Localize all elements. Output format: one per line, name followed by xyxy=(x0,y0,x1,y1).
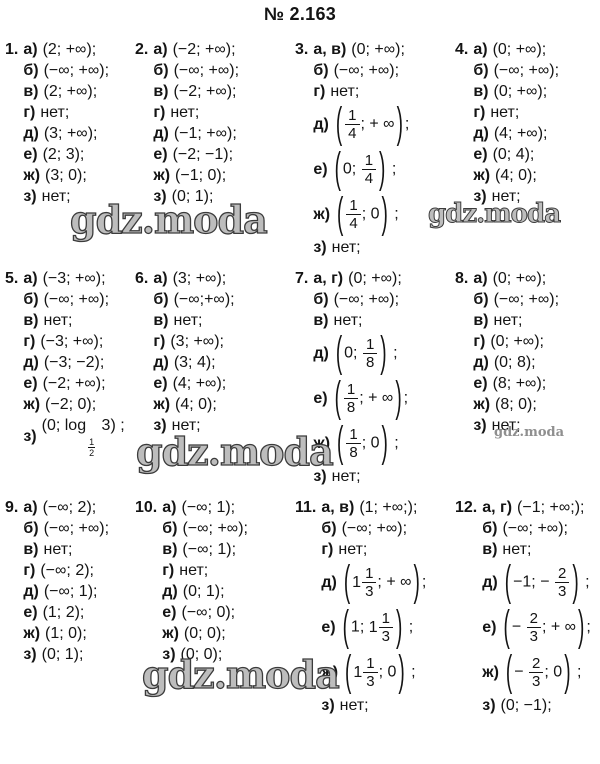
item-value: (18; 0) ; xyxy=(335,426,399,461)
item-value: (−∞; +∞); xyxy=(334,289,400,310)
answer-item: д)(4; +∞); xyxy=(473,123,559,144)
item-value: (14; + ∞); xyxy=(334,107,410,142)
math-text: (3; +∞); xyxy=(170,333,224,350)
item-value: (0; 8); xyxy=(494,352,536,373)
item-label: в) xyxy=(473,310,488,331)
answer-item: ж)(1; 0); xyxy=(23,623,109,644)
math-text: ; xyxy=(581,574,590,591)
item-label: б) xyxy=(153,60,168,81)
answer-item: а, г)(−1; +∞;); xyxy=(482,497,591,518)
item-value: (−∞;+∞); xyxy=(174,289,235,310)
big-paren-close: ) xyxy=(397,101,403,148)
denominator: 3 xyxy=(555,583,569,600)
numerator: 1 xyxy=(345,107,359,125)
item-value: нет; xyxy=(332,466,361,487)
denominator: 8 xyxy=(363,354,377,371)
answer-item: е)(1; 2); xyxy=(23,602,109,623)
item-label: б) xyxy=(153,289,168,310)
big-paren-open: ( xyxy=(345,649,351,696)
item-value: (−∞; +∞); xyxy=(334,60,400,81)
math-text: ; + ∞ xyxy=(359,390,393,407)
math-text: ; 0 xyxy=(544,664,562,681)
math-text: (−2; +∞); xyxy=(173,41,236,58)
math-text: ; xyxy=(407,664,416,681)
math-text: (0; 4); xyxy=(493,146,535,163)
big-paren-close: ) xyxy=(398,649,404,696)
math-text: (0; −1); xyxy=(501,697,552,714)
math-text: −1; − xyxy=(513,574,554,591)
answer-item: з)(0; 0); xyxy=(162,644,248,665)
item-value: (−∞; 2); xyxy=(40,560,94,581)
math-text: (−3; +∞); xyxy=(43,270,106,287)
item-label: г) xyxy=(473,102,485,123)
math-text: (−∞; +∞); xyxy=(494,62,560,79)
item-label: ж) xyxy=(313,433,330,454)
math-text: нет; xyxy=(332,468,361,485)
answer-item: г)(−∞; 2); xyxy=(23,560,109,581)
item-value: нет; xyxy=(44,310,73,331)
item-label: а) xyxy=(473,39,487,60)
problem-number: 2. xyxy=(135,39,148,60)
item-label: а, в) xyxy=(321,497,354,518)
item-value: (2; 3); xyxy=(43,144,85,165)
item-label: г) xyxy=(313,81,325,102)
answer-items: а, г)(−1; +∞;);б)(−∞; +∞);в)нет;д)(−1; −… xyxy=(482,497,591,716)
math-text: (8; 0); xyxy=(495,396,537,413)
answer-item: б)(−∞;+∞); xyxy=(153,289,234,310)
item-value: (−2; +∞); xyxy=(174,81,237,102)
item-label: г) xyxy=(23,331,35,352)
denominator: 2 xyxy=(89,448,94,458)
answer-item: е)(−∞; 0); xyxy=(162,602,248,623)
item-value: (−3; −2); xyxy=(44,352,104,373)
math-text: (0; +∞); xyxy=(494,83,548,100)
fraction: 14 xyxy=(346,197,360,232)
math-text: (−∞; 1); xyxy=(182,541,236,558)
answer-items: а)(−3; +∞);б)(−∞; +∞);в)нет;г)(−3; +∞);д… xyxy=(23,268,124,458)
fraction: 13 xyxy=(362,565,376,600)
item-value: (0; 1); xyxy=(42,644,84,665)
big-paren-close: ) xyxy=(381,191,387,238)
item-value: (−2; +∞); xyxy=(43,373,106,394)
item-label: в) xyxy=(153,81,168,102)
item-value: нет; xyxy=(502,539,531,560)
item-value: (0; +∞); xyxy=(490,331,544,352)
item-label: д) xyxy=(321,572,336,593)
item-label: д) xyxy=(473,352,488,373)
item-label: д) xyxy=(482,572,497,593)
answer-item: д)(−3; −2); xyxy=(23,352,124,373)
item-value: нет; xyxy=(44,539,73,560)
math-text: (4; 0); xyxy=(495,167,537,184)
item-value: нет; xyxy=(334,310,363,331)
math-text: − xyxy=(512,619,526,636)
item-value: (−2; 0); xyxy=(45,394,96,415)
item-value: нет; xyxy=(332,237,361,258)
answer-item: г)нет; xyxy=(473,102,559,123)
answer-item: в)нет; xyxy=(313,310,408,331)
math-text: нет; xyxy=(170,104,199,121)
item-label: д) xyxy=(153,123,168,144)
item-value: (8; 0); xyxy=(495,394,537,415)
whole-part: 1 xyxy=(369,617,378,638)
item-value: (−∞; 0); xyxy=(181,602,235,623)
answer-item: е)(2; 3); xyxy=(23,144,109,165)
math-text: (−∞; +∞); xyxy=(494,291,560,308)
answer-item: ж)(4; 0); xyxy=(473,165,559,186)
denominator: 4 xyxy=(345,125,359,142)
item-label: в) xyxy=(23,539,38,560)
math-text: (0; 8); xyxy=(494,354,536,371)
denominator: 3 xyxy=(362,583,376,600)
item-value: (−∞; 2); xyxy=(43,497,97,518)
item-label: ж) xyxy=(23,394,40,415)
item-label: з) xyxy=(162,644,175,665)
big-paren-open: ( xyxy=(337,191,343,238)
item-value: (−∞; +∞); xyxy=(44,289,110,310)
denominator: 3 xyxy=(379,628,393,645)
answer-item: д)(3; +∞); xyxy=(23,123,109,144)
item-label: д) xyxy=(153,352,168,373)
answer-item: ж)(18; 0) ; xyxy=(313,421,408,466)
item-value: нет; xyxy=(494,310,523,331)
item-value: (3; 0); xyxy=(45,165,87,186)
big-paren-open: ( xyxy=(335,375,341,422)
answer-item: б)(−∞; +∞); xyxy=(473,289,559,310)
fraction: 18 xyxy=(344,381,358,416)
problem-number: 6. xyxy=(135,268,148,289)
item-value: (4; +∞); xyxy=(494,123,548,144)
math-text: (−∞; +∞); xyxy=(44,62,110,79)
item-label: е) xyxy=(23,373,37,394)
problem-1: 1.а)(2; +∞);б)(−∞; +∞);в)(2; +∞);г)нет;д… xyxy=(5,39,135,258)
item-label: б) xyxy=(313,289,328,310)
answer-item: з)нет; xyxy=(313,466,408,487)
answer-book-page: № 2.163 1.а)(2; +∞);б)(−∞; +∞);в)(2; +∞)… xyxy=(0,0,600,764)
numerator: 1 xyxy=(88,437,95,448)
item-label: ж) xyxy=(153,165,170,186)
math-text: (−∞; +∞); xyxy=(182,520,248,537)
fraction: 13 xyxy=(363,655,377,690)
item-value: (−1; − 23) ; xyxy=(503,565,590,600)
numerator: 1 xyxy=(346,426,360,444)
item-label: а, г) xyxy=(482,497,512,518)
item-value: (− 23; 0) ; xyxy=(504,655,581,690)
answer-item: а)(−∞; 1); xyxy=(162,497,248,518)
item-value: (113; + ∞); xyxy=(342,565,426,600)
answer-item: д)(0; 8); xyxy=(473,352,559,373)
item-value: (0; +∞); xyxy=(348,268,402,289)
problem-7: 7.а, г)(0; +∞);б)(−∞; +∞);в)нет;д)(0; 18… xyxy=(295,268,455,487)
big-paren-close: ) xyxy=(395,375,401,422)
math-text: ; xyxy=(390,435,399,452)
item-value: (0; 1); xyxy=(172,186,214,207)
math-text: (1; 0); xyxy=(45,625,87,642)
item-label: г) xyxy=(153,102,165,123)
item-label: в) xyxy=(482,539,497,560)
item-value: (0; +∞); xyxy=(494,81,548,102)
math-text: − xyxy=(514,664,528,681)
math-text: (0; 1); xyxy=(42,646,84,663)
math-text: ; xyxy=(389,345,398,362)
math-text: нет; xyxy=(492,417,521,434)
item-value: (0; 14) ; xyxy=(333,152,397,187)
problem-number: 11. xyxy=(295,497,316,518)
math-text: нет; xyxy=(490,104,519,121)
item-label: а) xyxy=(162,497,176,518)
math-text: 0; xyxy=(344,345,362,362)
answer-item: д)(3; 4); xyxy=(153,352,234,373)
item-label: б) xyxy=(473,289,488,310)
big-paren-open: ( xyxy=(336,101,342,148)
item-value: нет; xyxy=(40,102,69,123)
math-text: (−1; 0); xyxy=(175,167,226,184)
item-label: г) xyxy=(162,560,174,581)
answer-item: б)(−∞; +∞); xyxy=(23,289,124,310)
big-paren-open: ( xyxy=(503,604,509,651)
answer-item: ж)(−2; 0); xyxy=(23,394,124,415)
answer-items: а)(−2; +∞);б)(−∞; +∞);в)(−2; +∞);г)нет;д… xyxy=(153,39,239,207)
item-value: нет; xyxy=(170,102,199,123)
item-label: з) xyxy=(313,466,326,487)
item-value: (−2; +∞); xyxy=(173,39,236,60)
math-text: (8; +∞); xyxy=(493,375,547,392)
answer-item: ж)(4; 0); xyxy=(153,394,234,415)
item-value: (−∞; 1); xyxy=(181,497,235,518)
item-value: (0; +∞); xyxy=(493,268,547,289)
answer-item: г)нет; xyxy=(23,102,109,123)
math-text: (−3; +∞); xyxy=(40,333,103,350)
item-label: в) xyxy=(23,310,38,331)
answer-item: е)(8; +∞); xyxy=(473,373,559,394)
answer-item: в)нет; xyxy=(473,310,559,331)
item-value: (−1; +∞); xyxy=(174,123,237,144)
item-value: (−∞; +∞); xyxy=(174,60,240,81)
problem-number: 1. xyxy=(5,39,18,60)
item-label: б) xyxy=(313,60,328,81)
item-label: г) xyxy=(23,102,35,123)
answer-item: з)нет; xyxy=(473,186,559,207)
item-label: в) xyxy=(153,310,168,331)
math-text: (2; +∞); xyxy=(43,41,97,58)
item-label: д) xyxy=(23,581,38,602)
item-value: (3; +∞); xyxy=(44,123,98,144)
math-text: нет; xyxy=(338,541,367,558)
big-paren-close: ) xyxy=(379,146,385,193)
item-label: е) xyxy=(23,144,37,165)
item-label: з) xyxy=(23,426,36,447)
item-label: в) xyxy=(313,310,328,331)
answer-item: б)(−∞; +∞); xyxy=(473,60,559,81)
numerator: 1 xyxy=(362,152,376,170)
math-text: нет; xyxy=(502,541,531,558)
item-label: е) xyxy=(162,602,176,623)
item-label: е) xyxy=(473,373,487,394)
answer-item: а)(−3; +∞); xyxy=(23,268,124,289)
item-value: (−3; +∞); xyxy=(43,268,106,289)
item-value: (0; 1); xyxy=(183,581,225,602)
math-text: (3; +∞); xyxy=(44,125,98,142)
math-text: (0; +∞); xyxy=(493,270,547,287)
numerator: 1 xyxy=(346,197,360,215)
answer-item: в)(−∞; 1); xyxy=(162,539,248,560)
math-text: (0; +∞); xyxy=(351,41,405,58)
problem-number: 12. xyxy=(455,497,477,518)
math-text: (−∞; +∞); xyxy=(44,291,110,308)
item-label: е) xyxy=(482,617,496,638)
answer-item: г)нет; xyxy=(153,102,239,123)
item-label: е) xyxy=(313,159,327,180)
math-text: ; xyxy=(404,619,413,636)
item-label: б) xyxy=(23,518,38,539)
answer-item: ж)(14; 0) ; xyxy=(313,192,409,237)
math-text: (−2; +∞); xyxy=(174,83,237,100)
answer-item: в)(2; +∞); xyxy=(23,81,109,102)
big-paren-open: ( xyxy=(344,559,350,606)
math-text: (−2; 0); xyxy=(45,396,96,413)
item-label: б) xyxy=(23,289,38,310)
fraction: 23 xyxy=(527,610,541,645)
problem-2: 2.а)(−2; +∞);б)(−∞; +∞);в)(−2; +∞);г)нет… xyxy=(135,39,295,258)
math-text: (0; +∞); xyxy=(348,270,402,287)
item-label: б) xyxy=(321,518,336,539)
answer-item: ж)(113; 0) ; xyxy=(321,650,426,695)
answer-item: а)(2; +∞); xyxy=(23,39,109,60)
math-text: (0; log xyxy=(42,417,86,434)
fraction: 18 xyxy=(363,336,377,371)
math-text: ; 0 xyxy=(379,664,397,681)
problem-number: 5. xyxy=(5,268,18,289)
answer-item: а, в)(0; +∞); xyxy=(313,39,409,60)
fraction: 14 xyxy=(362,152,376,187)
math-text: (2; +∞); xyxy=(44,83,98,100)
answer-item: е)(4; +∞); xyxy=(153,373,234,394)
item-label: ж) xyxy=(482,662,499,683)
problem-11: 11.а, в)(1; +∞;);б)(−∞; +∞);г)нет;д)(113… xyxy=(295,497,455,716)
answer-items: а)(3; +∞);б)(−∞;+∞);в)нет;г)(3; +∞);д)(3… xyxy=(153,268,234,436)
big-paren-close: ) xyxy=(572,559,578,606)
numerator: 1 xyxy=(363,336,377,354)
answer-item: з)нет; xyxy=(153,415,234,436)
answer-item: ж)(3; 0); xyxy=(23,165,109,186)
item-value: (1; 113) ; xyxy=(341,610,414,645)
answer-item: ж)(−1; 0); xyxy=(153,165,239,186)
math-text: нет; xyxy=(44,541,73,558)
item-label: е) xyxy=(153,144,167,165)
item-label: е) xyxy=(321,617,335,638)
item-label: д) xyxy=(473,123,488,144)
item-label: а) xyxy=(23,497,37,518)
big-paren-close: ) xyxy=(578,604,584,651)
whole-part: 1 xyxy=(353,662,362,683)
math-text: ; + ∞ xyxy=(377,574,411,591)
item-value: (−∞; +∞); xyxy=(494,60,560,81)
problem-title: № 2.163 xyxy=(0,0,600,25)
denominator: 8 xyxy=(346,444,360,461)
item-value: (4; 0); xyxy=(495,165,537,186)
answer-item: з)(0; log12 3) ; xyxy=(23,415,124,458)
answer-item: б)(−∞; +∞); xyxy=(162,518,248,539)
math-text: (−∞;+∞); xyxy=(174,291,235,308)
item-value: (−∞; +∞); xyxy=(494,289,560,310)
math-text: нет; xyxy=(494,312,523,329)
denominator: 4 xyxy=(362,170,376,187)
math-text: ; xyxy=(586,619,590,636)
big-paren-open: ( xyxy=(506,649,512,696)
item-label: в) xyxy=(162,539,177,560)
math-text: нет; xyxy=(174,312,203,329)
answer-item: а, в)(1; +∞;); xyxy=(321,497,426,518)
item-label: е) xyxy=(473,144,487,165)
answer-item: в)(0; +∞); xyxy=(473,81,559,102)
answer-item: з)(0; 1); xyxy=(23,644,109,665)
numerator: 1 xyxy=(344,381,358,399)
answer-item: г)(−3; +∞); xyxy=(23,331,124,352)
math-text: (1; +∞;); xyxy=(359,499,417,516)
numerator: 1 xyxy=(379,610,393,628)
math-text: ; xyxy=(390,206,399,223)
item-value: (14; 0) ; xyxy=(335,197,399,232)
item-value: (− 23; + ∞); xyxy=(501,610,590,645)
math-text: нет; xyxy=(42,188,71,205)
item-value: нет; xyxy=(174,310,203,331)
answer-item: д)(0; 18) ; xyxy=(313,331,408,376)
item-value: нет; xyxy=(172,415,201,436)
item-value: (4; +∞); xyxy=(173,373,227,394)
answer-items: а)(0; +∞);б)(−∞; +∞);в)(0; +∞);г)нет;д)(… xyxy=(473,39,559,207)
answer-item: в)(−2; +∞); xyxy=(153,81,239,102)
math-text: (4; 0); xyxy=(175,396,217,413)
answer-item: з)нет; xyxy=(313,237,409,258)
math-text: (−1; +∞;); xyxy=(517,499,584,516)
item-value: (0; log12 3) ; xyxy=(42,415,125,458)
answer-items: а)(−∞; 2);б)(−∞; +∞);в)нет;г)(−∞; 2);д)(… xyxy=(23,497,109,665)
item-label: б) xyxy=(23,60,38,81)
math-text: (0; +∞); xyxy=(493,41,547,58)
item-label: з) xyxy=(473,415,486,436)
denominator: 4 xyxy=(346,215,360,232)
big-paren-open: ( xyxy=(343,604,349,651)
math-text: (−2; +∞); xyxy=(43,375,106,392)
item-value: (3; 4); xyxy=(174,352,216,373)
item-value: нет; xyxy=(490,102,519,123)
problem-number: 4. xyxy=(455,39,468,60)
item-label: д) xyxy=(162,581,177,602)
item-value: (0; +∞); xyxy=(351,39,405,60)
item-label: а) xyxy=(153,39,167,60)
item-value: (−1; +∞;); xyxy=(517,497,584,518)
big-paren-open: ( xyxy=(336,330,342,377)
item-label: б) xyxy=(162,518,177,539)
denominator: 3 xyxy=(527,628,541,645)
answer-item: а)(−∞; 2); xyxy=(23,497,109,518)
item-value: (−3; +∞); xyxy=(40,331,103,352)
math-text: нет; xyxy=(40,104,69,121)
item-label: г) xyxy=(153,331,165,352)
item-label: в) xyxy=(473,81,488,102)
math-text: (0; 0); xyxy=(184,625,226,642)
fraction: 18 xyxy=(346,426,360,461)
item-label: г) xyxy=(473,331,485,352)
answer-item: з)нет; xyxy=(321,695,426,716)
math-text: (−2; −1); xyxy=(173,146,233,163)
math-text: (−∞; +∞); xyxy=(502,520,568,537)
item-label: д) xyxy=(313,343,328,364)
answer-item: б)(−∞; +∞); xyxy=(482,518,591,539)
item-value: (1; +∞;); xyxy=(359,497,417,518)
answer-item: а)(3; +∞); xyxy=(153,268,234,289)
answer-item: з)нет; xyxy=(473,415,559,436)
